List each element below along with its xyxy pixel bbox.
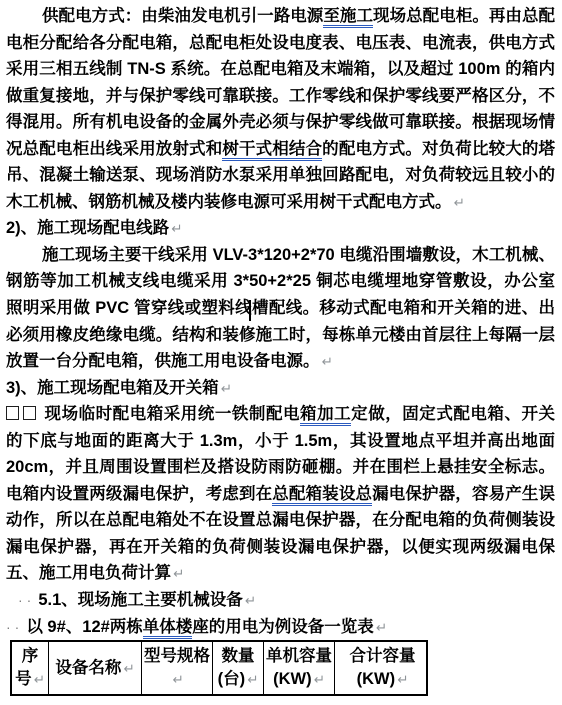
text-run: 漏电保护器，容易产生误 (372, 485, 555, 503)
grammar-error-text: 至施工 (323, 7, 373, 28)
cell-text: 单机容量 (266, 647, 332, 665)
table-header-cell: 单机容量(KW)↵ (264, 642, 335, 694)
text-run: 座的用电为例设备一览表 (192, 618, 374, 636)
text-run: 漏电保护器，再在开关箱的负荷侧装设漏电保护器，以便实现两级漏电保护。 (6, 538, 555, 561)
text-run: 照明采用做 PVC 管穿线或塑料线槽配线。移动式配电箱和开关箱的进、出线 (6, 299, 555, 322)
cell-line: 设备名称↵ (55, 657, 134, 680)
cell-line: (KW)↵ (357, 668, 409, 691)
doc-line: 20cm，并且周围设置围栏及搭设防雨防砸棚。并在围栏上悬挂安全标志。配 (6, 454, 555, 481)
cell-text: (KW) (273, 670, 311, 688)
grammar-error-text: 树干式相结合 (222, 140, 322, 161)
doc-line: 放置一台分配电箱，供施工用电设备电源。↵ (6, 348, 555, 375)
doc-line: 必须用橡皮绝缘电缆。结构和装修施工时，每栋单元楼由首层往上每隔一层 (6, 322, 555, 349)
paragraph-mark-icon: ↵ (172, 672, 183, 687)
cell-line: 数量 (222, 645, 255, 668)
text-run: 施工现场主要干线采用 VLV-3*120+2*70 电缆沿围墙敷设，木工机械、 (42, 246, 555, 264)
doc-line: 3)、施工现场配电箱及开关箱↵ (6, 375, 555, 402)
doc-line: 电箱内设置两级漏电保护，考虑到在总配箱装设总漏电保护器，容易产生误 (6, 481, 555, 508)
doc-line: 2)、施工现场配电线路↵ (6, 215, 555, 242)
text-run: 以 9#、12#两栋 (26, 618, 142, 636)
text-run: 现场临时配电箱采用统一铁制配电 (44, 405, 300, 423)
paragraph-mark-icon: ↵ (454, 195, 465, 210)
text-run: 现场总配电柜。再由总配 (373, 7, 555, 25)
equipment-table: 序号↵设备名称↵型号规格↵数量(台)↵单机容量(KW)↵合计容量(KW)↵ (10, 640, 428, 696)
table-header-cell: 序号↵ (12, 642, 49, 694)
grammar-error-text: 总配箱装设总 (272, 485, 372, 506)
doc-line: 吊、混凝土输送泵、现场消防水泵采用单独回路配电，对负荷较远且较小的 (6, 162, 555, 189)
text-run: 的配电方式。对负荷比较大的塔 (322, 140, 555, 158)
text-run: 采用三相五线制 TN-S 系统。在总配电箱及末端箱，以及超过 100m 的箱内 (6, 60, 555, 78)
paragraph-mark-icon: ↵ (322, 354, 333, 369)
table-header-cell: 数量(台)↵ (213, 642, 264, 694)
space-marks-icon: ·· (6, 619, 23, 635)
cell-line: 型号规格↵ (142, 645, 212, 691)
text-run: 木工机械、钢筋机械及楼内装修电源可采用树干式配电方式。 (6, 193, 452, 211)
placeholder-box-icons (6, 405, 40, 423)
cell-text: (台) (218, 670, 246, 688)
paragraph-mark-icon: ↵ (247, 672, 258, 687)
table-header-cell: 合计容量(KW)↵ (335, 642, 430, 694)
doc-line: ··5.1、现场施工主要机械设备↵ (6, 587, 555, 614)
paragraph-mark-icon: ↵ (314, 672, 325, 687)
cell-line: 序 (22, 645, 39, 668)
cell-text: 数量 (222, 647, 255, 665)
text-run: 电箱内设置两级漏电保护，考虑到在 (6, 485, 272, 503)
document-body: 供配电方式：由柴油发电机引一路电源至施工现场总配电柜。再由总配电柜分配给各分配电… (0, 0, 562, 640)
grammar-error-text: 单体楼 (143, 618, 193, 639)
cell-line: 号↵ (15, 668, 45, 691)
empty-box-icon (6, 406, 19, 420)
table-header-cell: 型号规格↵ (142, 642, 213, 694)
cell-text: 合计容量 (350, 647, 416, 665)
doc-line: 钢筋等加工机械支线电缆采用 3*50+2*25 铜芯电缆埋地穿管敷设，办公室 (6, 268, 555, 295)
paragraph-mark-icon: ↵ (376, 620, 387, 635)
text-run: 5.1、现场施工主要机械设备 (38, 591, 242, 609)
paragraph-mark-icon: ↵ (245, 593, 256, 608)
grammar-error-text: 箱加工 (300, 405, 351, 426)
doc-line: 供配电方式：由柴油发电机引一路电源至施工现场总配电柜。再由总配 (6, 3, 555, 30)
doc-line: ··以 9#、12#两栋单体楼座的用电为例设备一览表↵ (6, 614, 555, 641)
text-run: 必须用橡皮绝缘电缆。结构和装修施工时，每栋单元楼由首层往上每隔一层 (6, 326, 555, 344)
text-run: 五、施工用电负荷计算 (6, 564, 171, 582)
doc-line: 现场临时配电箱采用统一铁制配电箱加工定做，固定式配电箱、开关箱 (6, 401, 555, 428)
cell-line: 单机容量 (266, 645, 332, 668)
text-run: 况总配电柜出线采用放射式和 (6, 140, 222, 158)
document-page[interactable]: 供配电方式：由柴油发电机引一路电源至施工现场总配电柜。再由总配电柜分配给各分配电… (0, 0, 562, 705)
text-caret (249, 300, 251, 321)
cell-line: (KW)↵ (273, 668, 325, 691)
paragraph-mark-icon: ↵ (123, 661, 134, 676)
text-run: 动作，所以在总配电箱处不在设置总漏电保护器，在分配电箱的负荷侧装设 (6, 511, 555, 529)
text-run: 放置一台分配电箱，供施工用电设备电源。 (6, 352, 320, 370)
doc-line: 电柜分配给各分配电箱，总配电柜处设电度表、电压表、电流表，供电方式 (6, 30, 555, 57)
empty-box-icon (23, 406, 36, 420)
doc-line: 的下底与地面的距离大于 1.3m，小于 1.5m，其设置地点平坦并高出地面 (6, 428, 555, 455)
text-run: 2)、施工现场配电线路 (6, 219, 169, 237)
doc-line: 采用三相五线制 TN-S 系统。在总配电箱及末端箱，以及超过 100m 的箱内 (6, 56, 555, 83)
cell-text: 号 (15, 670, 32, 688)
doc-line: 况总配电柜出线采用放射式和树干式相结合的配电方式。对负荷比较大的塔 (6, 136, 555, 163)
text-run: 的下底与地面的距离大于 1.3m，小于 1.5m，其设置地点平坦并高出地面 (6, 432, 555, 450)
paragraph-mark-icon: ↵ (34, 672, 45, 687)
text-run: 做重复接地，并与保护零线可靠联接。工作零线和保护零线要严格区分，不 (6, 87, 555, 105)
cell-line: 合计容量 (350, 645, 416, 668)
doc-line: 做重复接地，并与保护零线可靠联接。工作零线和保护零线要严格区分，不 (6, 83, 555, 110)
paragraph-mark-icon: ↵ (171, 221, 182, 236)
doc-line: 漏电保护器，再在开关箱的负荷侧装设漏电保护器，以便实现两级漏电保护。↵ (6, 534, 555, 561)
doc-line: 得混用。所有机电设备的金属外壳必须与保护零线做可靠联接。根据现场情 (6, 109, 555, 136)
cell-text: (KW) (357, 670, 395, 688)
paragraph-mark-icon: ↵ (221, 381, 232, 396)
space-marks-icon: ·· (18, 592, 35, 608)
cell-text: 型号规格 (144, 647, 210, 665)
cell-text: 设备名称 (55, 659, 121, 677)
doc-line: 动作，所以在总配电箱处不在设置总漏电保护器，在分配电箱的负荷侧装设 (6, 507, 555, 534)
table-header-cell: 设备名称↵ (49, 642, 142, 694)
text-run: 3)、施工现场配电箱及开关箱 (6, 379, 219, 397)
cell-line: (台)↵ (218, 668, 259, 691)
text-run: 供配电方式：由柴油发电机引一路电源 (42, 7, 323, 25)
text-run: 吊、混凝土输送泵、现场消防水泵采用单独回路配电，对负荷较远且较小的 (6, 166, 555, 184)
text-run: 电柜分配给各分配电箱，总配电柜处设电度表、电压表、电流表，供电方式 (6, 34, 555, 52)
cell-text: 序 (22, 647, 39, 665)
paragraph-mark-icon: ↵ (397, 672, 408, 687)
text-run: 得混用。所有机电设备的金属外壳必须与保护零线做可靠联接。根据现场情 (6, 113, 555, 131)
text-run: 钢筋等加工机械支线电缆采用 3*50+2*25 铜芯电缆埋地穿管敷设，办公室 (6, 272, 555, 290)
paragraph-mark-icon: ↵ (173, 566, 184, 581)
doc-line: 照明采用做 PVC 管穿线或塑料线槽配线。移动式配电箱和开关箱的进、出线 (6, 295, 555, 322)
doc-line: 施工现场主要干线采用 VLV-3*120+2*70 电缆沿围墙敷设，木工机械、 (6, 242, 555, 269)
text-run: 20cm，并且周围设置围栏及搭设防雨防砸棚。并在围栏上悬挂安全标志。配 (6, 458, 555, 481)
doc-line: 木工机械、钢筋机械及楼内装修电源可采用树干式配电方式。↵ (6, 189, 555, 216)
doc-line: 五、施工用电负荷计算↵ (6, 560, 555, 587)
